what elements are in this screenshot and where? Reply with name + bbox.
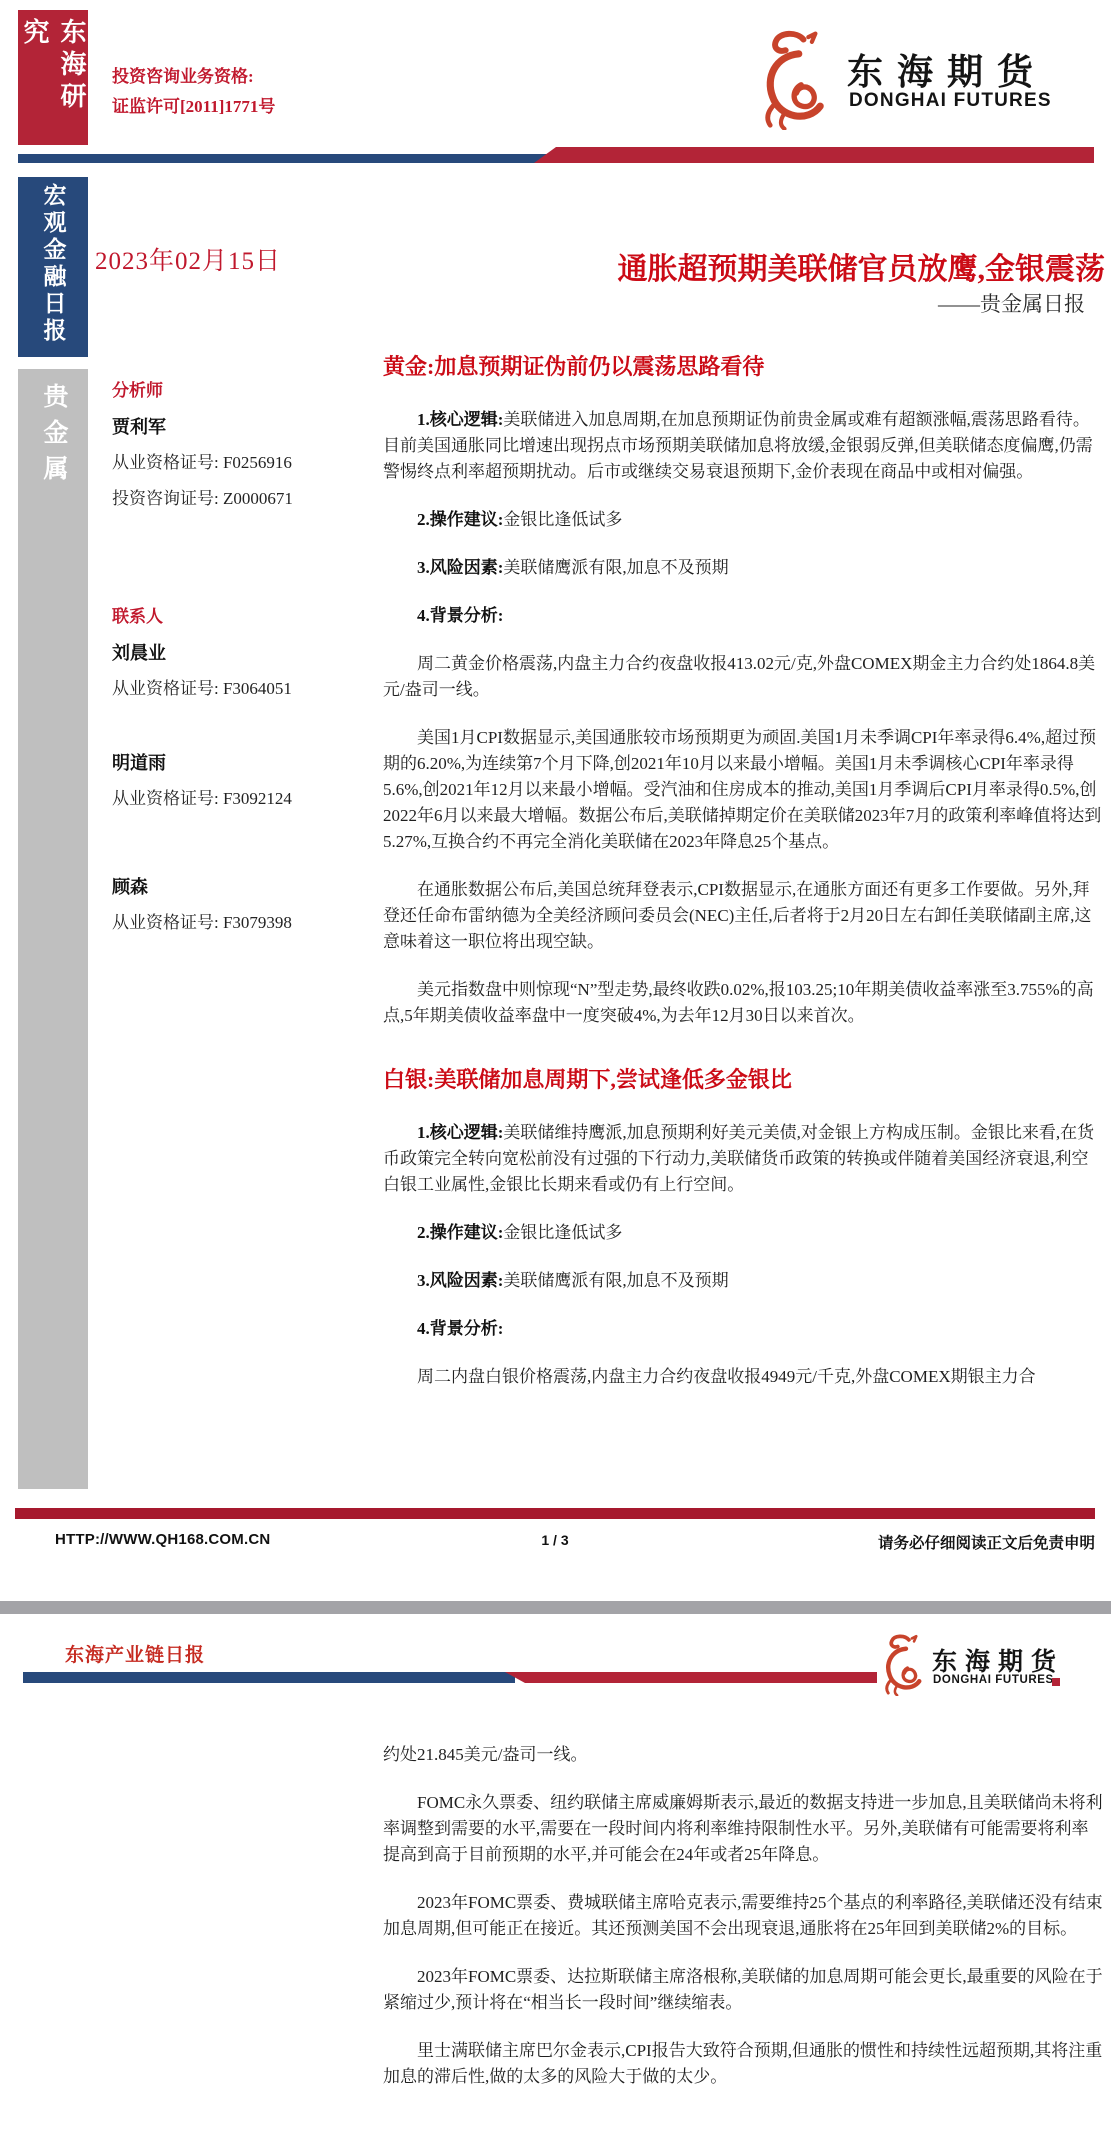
gold-advice-paragraph: 2.操作建议:金银比逢低试多 xyxy=(383,507,1105,533)
contact-cert: 从业资格证号: F3079398 xyxy=(112,910,377,936)
page-separator xyxy=(0,1601,1111,1614)
footer-url: HTTP://WWW.QH168.COM.CN xyxy=(55,1531,270,1548)
company-logo: 东海期货 DONGHAI FUTURES xyxy=(755,30,1095,130)
company-logo-small: 东海期货 DONGHAI FUTURES xyxy=(878,1634,1098,1698)
gold-risk-paragraph: 3.风险因素:美联储鹰派有限,加息不及预期 xyxy=(383,555,1105,581)
gold-risk-label: 3.风险因素: xyxy=(417,558,503,577)
page2-paragraph: FOMC永久票委、纽约联储主席威廉姆斯表示,最近的数据支持进一步加息,且美联储尚… xyxy=(383,1790,1105,1868)
logo-en-text: DONGHAI FUTURES xyxy=(849,90,1052,112)
page2-paragraph: 2023年FOMC票委、费城联储主席哈克表示,需要维持25个基点的利率路径,美联… xyxy=(383,1890,1105,1942)
page2-body: 约处21.845美元/盎司一线。 FOMC永久票委、纽约联储主席威廉姆斯表示,最… xyxy=(383,1742,1105,2112)
sidebar-category-label: 贵金属 xyxy=(35,369,71,1489)
footer: HTTP://WWW.QH168.COM.CN 1 / 3 请务必仔细阅读正文后… xyxy=(0,1531,1111,1557)
sidebar-research-block: 东海研究 xyxy=(18,10,88,145)
contact-name: 顾森 xyxy=(112,874,377,900)
gold-background-paragraph-3: 在通胀数据公布后,美国总统拜登表示,CPI数据显示,在通胀方面还有更多工作要做。… xyxy=(383,877,1105,955)
silver-background-label: 4.背景分析: xyxy=(417,1319,503,1338)
page2-header-rule-red xyxy=(505,1672,877,1683)
analyst-cert-1: 从业资格证号: F0256916 xyxy=(112,450,377,476)
license-text: 投资咨询业务资格: 证监许可[2011]1771号 xyxy=(112,62,275,122)
gold-advice-text: 金银比逢低试多 xyxy=(503,510,622,529)
silver-logic-label: 1.核心逻辑: xyxy=(417,1123,503,1142)
analyst-panel: 分析师 贾利军 从业资格证号: F0256916 投资咨询证号: Z000067… xyxy=(112,378,377,936)
contact-cert: 从业资格证号: F3064051 xyxy=(112,676,377,702)
report-document: 东海研究 宏观金融日报 贵金属 投资咨询业务资格: 证监许可[2011]1771… xyxy=(0,0,1111,2138)
sidebar-category-block: 贵金属 xyxy=(18,369,88,1489)
logo-cn-text: 东海期货 xyxy=(847,44,1047,95)
logo-red-square xyxy=(1052,1678,1060,1686)
logo-cn-text: 东海期货 xyxy=(932,1642,1064,1678)
gold-background-paragraph-1: 周二黄金价格震荡,内盘主力合约夜盘收报413.02元/克,外盘COMEX期金主力… xyxy=(383,651,1105,703)
silver-background-label-paragraph: 4.背景分析: xyxy=(383,1316,1105,1342)
report-date: 2023年02月15日 xyxy=(95,241,281,277)
gold-background-label-paragraph: 4.背景分析: xyxy=(383,603,1105,629)
footer-disclaimer: 请务必仔细阅读正文后免责申明 xyxy=(878,1531,1095,1553)
report-subtitle: ——贵金属日报 xyxy=(383,288,1085,318)
silver-background-paragraph-1: 周二内盘白银价格震荡,内盘主力合约夜盘收报4949元/千克,外盘COMEX期银主… xyxy=(383,1364,1105,1390)
dragon-logo-icon xyxy=(755,30,833,130)
license-line2: 证监许可[2011]1771号 xyxy=(112,92,275,122)
gold-background-paragraph-4: 美元指数盘中则惊现“N”型走势,最终收跌0.02%,报103.25;10年期美债… xyxy=(383,977,1105,1029)
contact-cert: 从业资格证号: F3092124 xyxy=(112,786,377,812)
analyst-name: 贾利军 xyxy=(112,414,377,440)
contact-heading: 联系人 xyxy=(112,604,377,630)
analyst-heading: 分析师 xyxy=(112,378,377,404)
page2-paragraph: 2023年FOMC票委、达拉斯联储主席洛根称,美联储的加息周期可能会更长,最重要… xyxy=(383,1964,1105,2016)
gold-section-heading: 黄金:加息预期证伪前仍以震荡思路看待 xyxy=(383,352,1105,381)
page2-header-rule-blue xyxy=(23,1672,515,1683)
footer-rule xyxy=(15,1508,1095,1519)
gold-background-label: 4.背景分析: xyxy=(417,606,503,625)
report-title: 通胀超预期美联储官员放鹰,金银震荡 xyxy=(383,244,1105,288)
silver-advice-paragraph: 2.操作建议:金银比逢低试多 xyxy=(383,1220,1105,1246)
silver-logic-paragraph: 1.核心逻辑:美联储维持鹰派,加息预期利好美元美债,对金银上方构成压制。金银比来… xyxy=(383,1120,1105,1198)
sidebar-research-label: 东海研究 xyxy=(16,10,90,145)
footer-page-number: 1 / 3 xyxy=(480,1532,630,1548)
page2-paragraph: 约处21.845美元/盎司一线。 xyxy=(383,1742,1105,1768)
analyst-cert-2: 投资咨询证号: Z0000671 xyxy=(112,486,377,512)
silver-risk-text: 美联储鹰派有限,加息不及预期 xyxy=(503,1271,728,1290)
contact-name: 刘晨业 xyxy=(112,640,377,666)
silver-advice-label: 2.操作建议: xyxy=(417,1223,503,1242)
header-rule-blue xyxy=(18,154,548,163)
page2-paragraph: 里士满联储主席巴尔金表示,CPI报告大致符合预期,但通胀的惯性和持续性远超预期,… xyxy=(383,2038,1105,2090)
silver-section-heading: 白银:美联储加息周期下,尝试逢低多金银比 xyxy=(383,1065,1105,1094)
page2-header-title: 东海产业链日报 xyxy=(65,1640,205,1667)
license-line1: 投资咨询业务资格: xyxy=(112,62,275,92)
gold-risk-text: 美联储鹰派有限,加息不及预期 xyxy=(503,558,728,577)
dragon-logo-icon xyxy=(878,1634,928,1696)
gold-logic-label: 1.核心逻辑: xyxy=(417,410,503,429)
silver-risk-paragraph: 3.风险因素:美联储鹰派有限,加息不及预期 xyxy=(383,1268,1105,1294)
silver-risk-label: 3.风险因素: xyxy=(417,1271,503,1290)
contact-name: 明道雨 xyxy=(112,750,377,776)
sidebar-report-type-block: 宏观金融日报 xyxy=(18,177,88,357)
sidebar-report-type-label: 宏观金融日报 xyxy=(37,177,70,357)
gold-advice-label: 2.操作建议: xyxy=(417,510,503,529)
silver-advice-text: 金银比逢低试多 xyxy=(503,1223,622,1242)
gold-logic-paragraph: 1.核心逻辑:美联储进入加息周期,在加息预期证伪前贵金属或难有超额涨幅,震荡思路… xyxy=(383,407,1105,485)
logo-en-text: DONGHAI FUTURES xyxy=(933,1674,1054,1686)
header-rule-red xyxy=(534,147,1094,163)
page1-body: 黄金:加息预期证伪前仍以震荡思路看待 1.核心逻辑:美联储进入加息周期,在加息预… xyxy=(383,352,1105,1412)
gold-background-paragraph-2: 美国1月CPI数据显示,美国通胀较市场预期更为顽固.美国1月未季调CPI年率录得… xyxy=(383,725,1105,855)
